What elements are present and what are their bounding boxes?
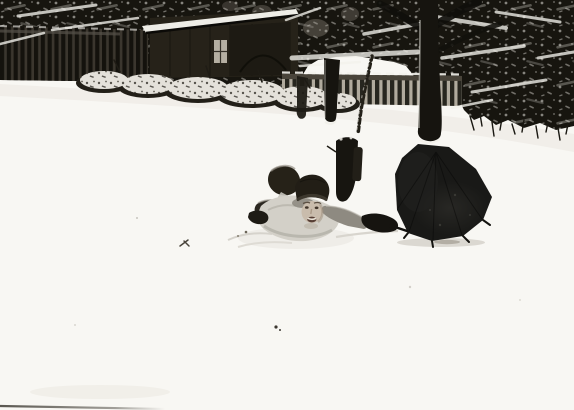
- photo-snow-scene: [0, 0, 574, 410]
- trunk-large-snow-edge: [419, 20, 420, 128]
- faint-dot-2: [74, 324, 76, 326]
- snow-photo-svg: [0, 0, 574, 410]
- hanging-object-strap: [352, 147, 363, 181]
- hanging-snow-dot-1: [339, 137, 342, 140]
- umbrella-contact-shadow: [434, 240, 460, 244]
- left-eye: [305, 206, 309, 209]
- faint-dot-3: [409, 286, 411, 288]
- fence-left-slats: [0, 26, 148, 82]
- hanging-snow-dot-2: [350, 137, 353, 140]
- faint-dot-4: [519, 299, 521, 301]
- snow-bit-1: [245, 231, 248, 234]
- faint-dot-1: [136, 217, 138, 219]
- chin-shadow: [304, 223, 318, 229]
- right-glove-thumb: [389, 223, 395, 229]
- dark-speck-b: [279, 329, 281, 331]
- dark-speck-a: [274, 325, 277, 328]
- picket-fence-left: [0, 26, 148, 82]
- right-eye: [315, 207, 319, 210]
- garden-shed: [142, 9, 299, 78]
- nose-shadow: [311, 209, 312, 214]
- snow-smudge-bottom-left: [30, 385, 170, 399]
- snow-bit-2: [237, 235, 239, 237]
- shed-door: [230, 22, 290, 76]
